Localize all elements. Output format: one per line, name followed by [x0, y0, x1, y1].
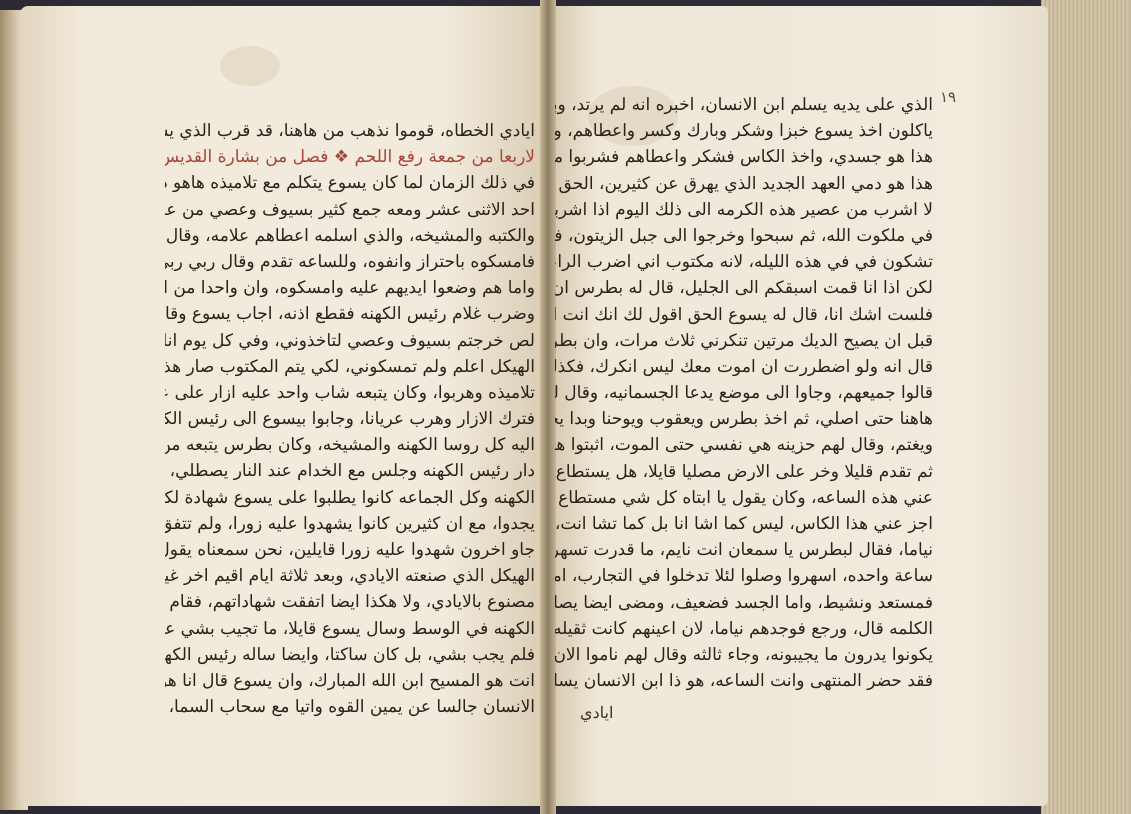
text-line: الكهنه في الوسط وسال يسوع قايلا، ما تجيب… — [165, 616, 535, 642]
text-line: نياما، فقال لبطرس يا سمعان انت نايم، ما … — [555, 537, 933, 563]
text-line: ويغتم، وقال لهم حزينه هي نفسي حتى الموت،… — [555, 432, 933, 458]
text-line: احد الاثنى عشر ومعه جمع كثير بسيوف وعصي … — [165, 197, 535, 223]
book-gutter — [540, 0, 556, 814]
text-line: قالوا جميعهم، وجاوا الى موضع يدعا الجسما… — [555, 380, 933, 406]
text-line: الهيكل اعلم ولم تمسكوني، لكي يتم المكتوب… — [165, 354, 535, 380]
text-line: هذا هو جسدي، واخذ الكاس فشكر واعطاهم فشر… — [555, 144, 933, 170]
text-line: فترك الازار وهرب عريانا، وجابوا بيسوع ال… — [165, 406, 535, 432]
text-line: فلم يجب بشي، بل كان ساكتا، وايضا ساله رئ… — [165, 642, 535, 668]
text-line: في ملكوت الله، ثم سبحوا وخرجوا الى جبل ا… — [555, 223, 933, 249]
text-line: ساعة واحده، اسهروا وصلوا لئلا تدخلوا في … — [555, 563, 933, 589]
text-line: فامسكوه باحتراز وانفوه، وللساعه تقدم وقا… — [165, 249, 535, 275]
text-line: تلاميذه وهربوا، وكان يتبعه شاب واحد عليه… — [165, 380, 535, 406]
text-line: لكن اذا انا قمت اسبقكم الى الجليل، قال ل… — [555, 275, 933, 301]
catchword: ايادي — [580, 703, 613, 722]
text-line: ثم تقدم قليلا وخر على الارض مصليا قايلا،… — [555, 459, 933, 485]
text-line: لا اشرب من عصير هذه الكرمه الى ذلك اليوم… — [555, 197, 933, 223]
text-line: الهيكل الذي صنعته الايادي، وبعد ثلاثة اي… — [165, 563, 535, 589]
text-line: الكلمه قال، ورجع فوجدهم نياما، لان اعينه… — [555, 616, 933, 642]
paper-stain — [220, 46, 280, 86]
text-line: والكتبه والمشيخه، والذي اسلمه اعطاهم علا… — [165, 223, 535, 249]
text-line: عني هذه الساعه، وكان يقول يا ابتاه كل شي… — [555, 485, 933, 511]
left-page-text: ايادي الخطاه، قوموا نذهب من هاهنا، قد قر… — [165, 118, 535, 720]
text-line: فلست اشك انا، قال له يسوع الحق اقول لك ا… — [555, 302, 933, 328]
text-line: لص خرجتم بسيوف وعصي لتاخذوني، وفي كل يوم… — [165, 328, 535, 354]
text-line: في ذلك الزمان لما كان يسوع يتكلم مع تلام… — [165, 170, 535, 196]
text-line: هذا هو دمي العهد الجديد الذي يهرق عن كثي… — [555, 171, 933, 197]
folio-number: ١٩ — [940, 88, 956, 106]
text-line: اجز عني هذا الكاس، ليس كما اشا انا بل كم… — [555, 511, 933, 537]
text-line: فقد حضر المنتهى وانت الساعه، هو ذا ابن ا… — [555, 668, 933, 694]
text-line: الانسان جالسا عن يمين القوه واتيا مع سحا… — [165, 694, 535, 720]
text-line: اليه كل روسا الكهنه والمشيخه، وكان بطرس … — [165, 432, 535, 458]
text-line: جاو اخرون شهدوا عليه زورا قايلين، نحن سم… — [165, 537, 535, 563]
text-line: انت هو المسيح ابن الله المبارك، وان يسوع… — [165, 668, 535, 694]
open-manuscript: ١٩ ايادي الخطاه، قوموا نذهب من هاهنا، قد… — [0, 0, 1131, 814]
right-page-text: الذي على يديه يسلم ابن الانسان، اخبره ان… — [555, 92, 933, 694]
text-line: واما هم وضعوا ايديهم عليه وامسكوه، وان و… — [165, 275, 535, 301]
text-line: تشكون في في هذه الليله، لانه مكتوب اني ا… — [555, 249, 933, 275]
text-line: دار رئيس الكهنه وجلس مع الخدام عند النار… — [165, 458, 535, 484]
right-page-edges — [1041, 0, 1131, 814]
rubric-line: لاربعا من جمعة رفع اللحم ❖ فصل من بشارة … — [165, 144, 535, 170]
text-line: ياكلون اخذ يسوع خبزا وشكر وبارك وكسر واع… — [555, 118, 933, 144]
text-line: الكهنه وكل الجماعه كانوا يطلبوا على يسوع… — [165, 485, 535, 511]
text-line: وضرب غلام رئيس الكهنه فقطع اذنه، اجاب يس… — [165, 301, 535, 327]
text-line: قبل ان يصيح الديك مرتين تنكرني ثلاث مرات… — [555, 328, 933, 354]
text-line: ايادي الخطاه، قوموا نذهب من هاهنا، قد قر… — [165, 118, 535, 144]
text-line: قال انه ولو اضطررت ان اموت معك ليس انكرك… — [555, 354, 933, 380]
text-line: مصنوع بالايادي، ولا هكذا ايضا اتفقت شهاد… — [165, 589, 535, 615]
text-line: هاهنا حتى اصلي، ثم اخذ بطرس ويعقوب ويوحن… — [555, 406, 933, 432]
text-line: يكونوا يدرون ما يجيبونه، وجاء ثالثه وقال… — [555, 642, 933, 668]
text-line: الذي على يديه يسلم ابن الانسان، اخبره ان… — [555, 92, 933, 118]
text-line: فمستعد ونشيط، واما الجسد فضعيف، ومضى ايض… — [555, 590, 933, 616]
text-line: يجدوا، مع ان كثيرين كانوا يشهدوا عليه زو… — [165, 511, 535, 537]
